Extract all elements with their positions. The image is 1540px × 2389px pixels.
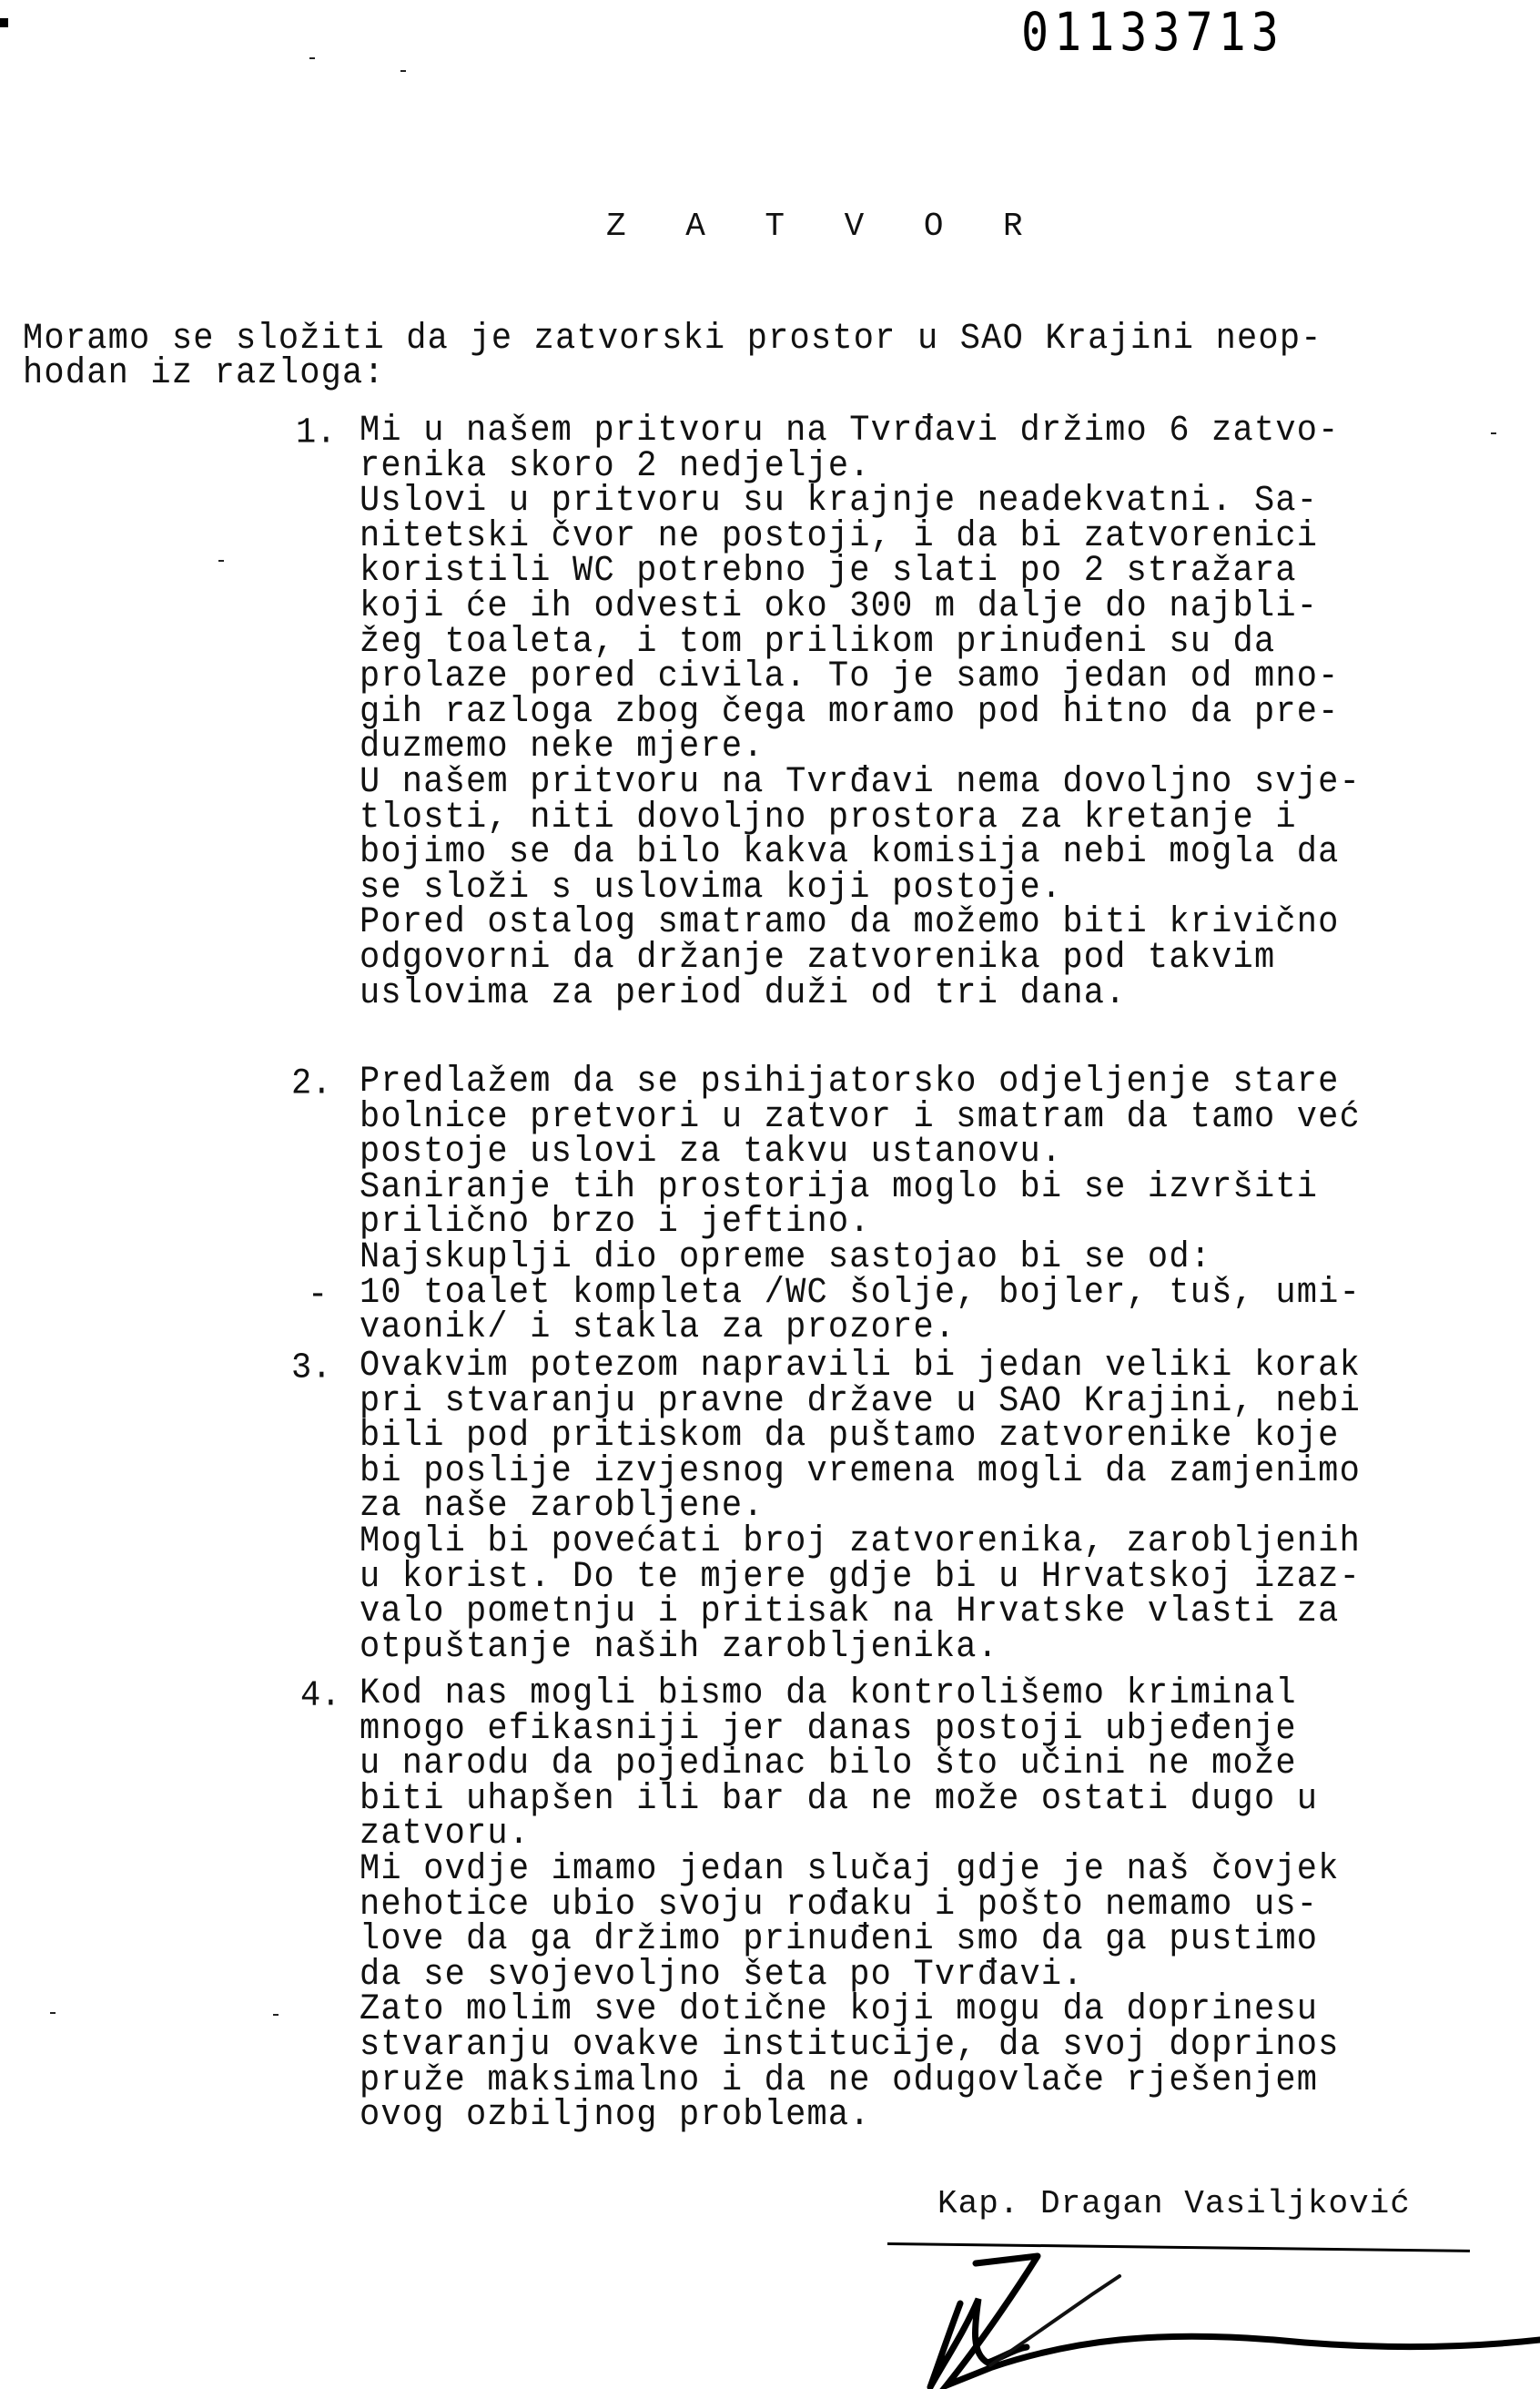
item-line: stvaranju ovakve institucije, da svoj do… (360, 2027, 1340, 2064)
item-line: gih razloga zbog čega moramo pod hitno d… (360, 694, 1340, 731)
item-line: renika skoro 2 nedjelje. (360, 448, 871, 485)
item-line: Ovakvim potezom napravili bi jedan velik… (360, 1347, 1361, 1385)
item-number: 3. (291, 1347, 331, 1388)
scan-speck (218, 560, 224, 562)
item-line: nehotice ubio svoju rođaku i pošto nemam… (360, 1886, 1318, 1924)
item-line: biti uhapšen ili bar da ne može ostati d… (360, 1781, 1318, 1818)
item-line: u korist. Do te mjere gdje bi u Hrvatsko… (360, 1559, 1361, 1596)
item-line: Zato molim sve dotične koji mogu da dopr… (360, 1991, 1318, 2028)
item-line: 10 toalet kompleta /WC šolje, bojler, tu… (360, 1275, 1361, 1312)
item-line: vaonik/ i stakla za prozore. (360, 1309, 956, 1347)
item-line: tlosti, niti dovoljno prostora za kretan… (360, 799, 1297, 837)
item-line: pri stvaranju pravne države u SAO Krajin… (360, 1383, 1361, 1420)
scan-speck (50, 2012, 56, 2014)
document-page: 01133713 Z A T V O R Moramo se složiti d… (0, 0, 1540, 2389)
item-line: zatvoru. (360, 1815, 530, 1853)
item-line: valo pometnju i pritisak na Hrvatske vla… (360, 1593, 1340, 1631)
item-line: bi poslije izvjesnog vremena mogli da za… (360, 1453, 1361, 1490)
scan-speck (1491, 432, 1496, 434)
item-line: za naše zarobljene. (360, 1488, 765, 1525)
item-line: prolaze pored civila. To je samo jedan o… (360, 658, 1340, 696)
item-line: u narodu da pojedinac bilo što učini ne … (360, 1745, 1297, 1783)
item-number: 4. (300, 1675, 340, 1716)
document-title: Z A T V O R (0, 208, 1540, 245)
item-line: koristili WC potrebno je slati po 2 stra… (360, 553, 1297, 590)
item-line: bolnice pretvori u zatvor i smatram da t… (360, 1099, 1361, 1136)
item-line: ovog ozbiljnog problema. (360, 2097, 871, 2134)
scan-speck (309, 57, 315, 59)
item-line: nitetski čvor ne postoji, i da bi zatvor… (360, 518, 1318, 555)
item-line: Uslovi u pritvoru su krajnje neadekvatni… (360, 483, 1318, 520)
item-line: se složi s uslovima koji postoje. (360, 869, 1062, 907)
scan-speck (400, 70, 406, 72)
document-number: 01133713 (1021, 2, 1284, 63)
item-line: prilično brzo i jeftino. (360, 1204, 871, 1241)
item-line: postoje uslovi za takvu ustanovu. (360, 1134, 1062, 1171)
item-line: Pored ostalog smatramo da možemo biti kr… (360, 904, 1340, 941)
item-line: Saniranje tih prostorija moglo bi se izv… (360, 1169, 1318, 1206)
item-number: 1. (296, 412, 336, 453)
item-line: mnogo efikasniji jer danas postoji ubjeđ… (360, 1711, 1297, 1748)
item-line: duzmemo neke mjere. (360, 728, 765, 766)
item-line: Mi u našem pritvoru na Tvrđavi držimo 6 … (360, 412, 1340, 450)
item-line: Mi ovdje imamo jedan slučaj gdje je naš … (360, 1851, 1340, 1888)
item-line: žeg toaleta, i tom prilikom prinuđeni su… (360, 624, 1275, 661)
scan-mark (0, 18, 8, 27)
item-line: pruže maksimalno i da ne odugovlače rješ… (360, 2062, 1318, 2099)
bullet-dash: - (308, 1275, 328, 1316)
item-line: bili pod pritiskom da puštamo zatvorenik… (360, 1418, 1340, 1455)
item-line: otpuštanje naših zarobljenika. (360, 1629, 998, 1666)
item-line: love da ga držimo prinuđeni smo da ga pu… (360, 1921, 1318, 1958)
item-number: 2. (291, 1063, 331, 1104)
signatory-name: Kap. Dragan Vasiljković (937, 2185, 1411, 2222)
item-line: koji će ih odvesti oko 300 m dalje do na… (360, 588, 1318, 625)
item-line: Predlažem da se psihijatorsko odjeljenje… (360, 1063, 1340, 1101)
item-line: U našem pritvoru na Tvrđavi nema dovoljn… (360, 764, 1361, 801)
item-line: Najskuplji dio opreme sastojao bi se od: (360, 1239, 1211, 1276)
item-line: Mogli bi povećati broj zatvorenika, zaro… (360, 1523, 1361, 1560)
handwritten-signature-icon (910, 2249, 1540, 2389)
item-line: bojimo se da bilo kakva komisija nebi mo… (360, 834, 1340, 871)
item-line: uslovima za period duži od tri dana. (360, 975, 1127, 1012)
scan-speck (273, 2014, 279, 2016)
item-line: Kod nas mogli bismo da kontrolišemo krim… (360, 1675, 1297, 1713)
intro-line: hodan iz razloga: (23, 355, 385, 392)
item-line: da se svojevoljno šeta po Tvrđavi. (360, 1957, 1084, 1994)
item-line: odgovorni da držanje zatvorenika pod tak… (360, 940, 1275, 977)
